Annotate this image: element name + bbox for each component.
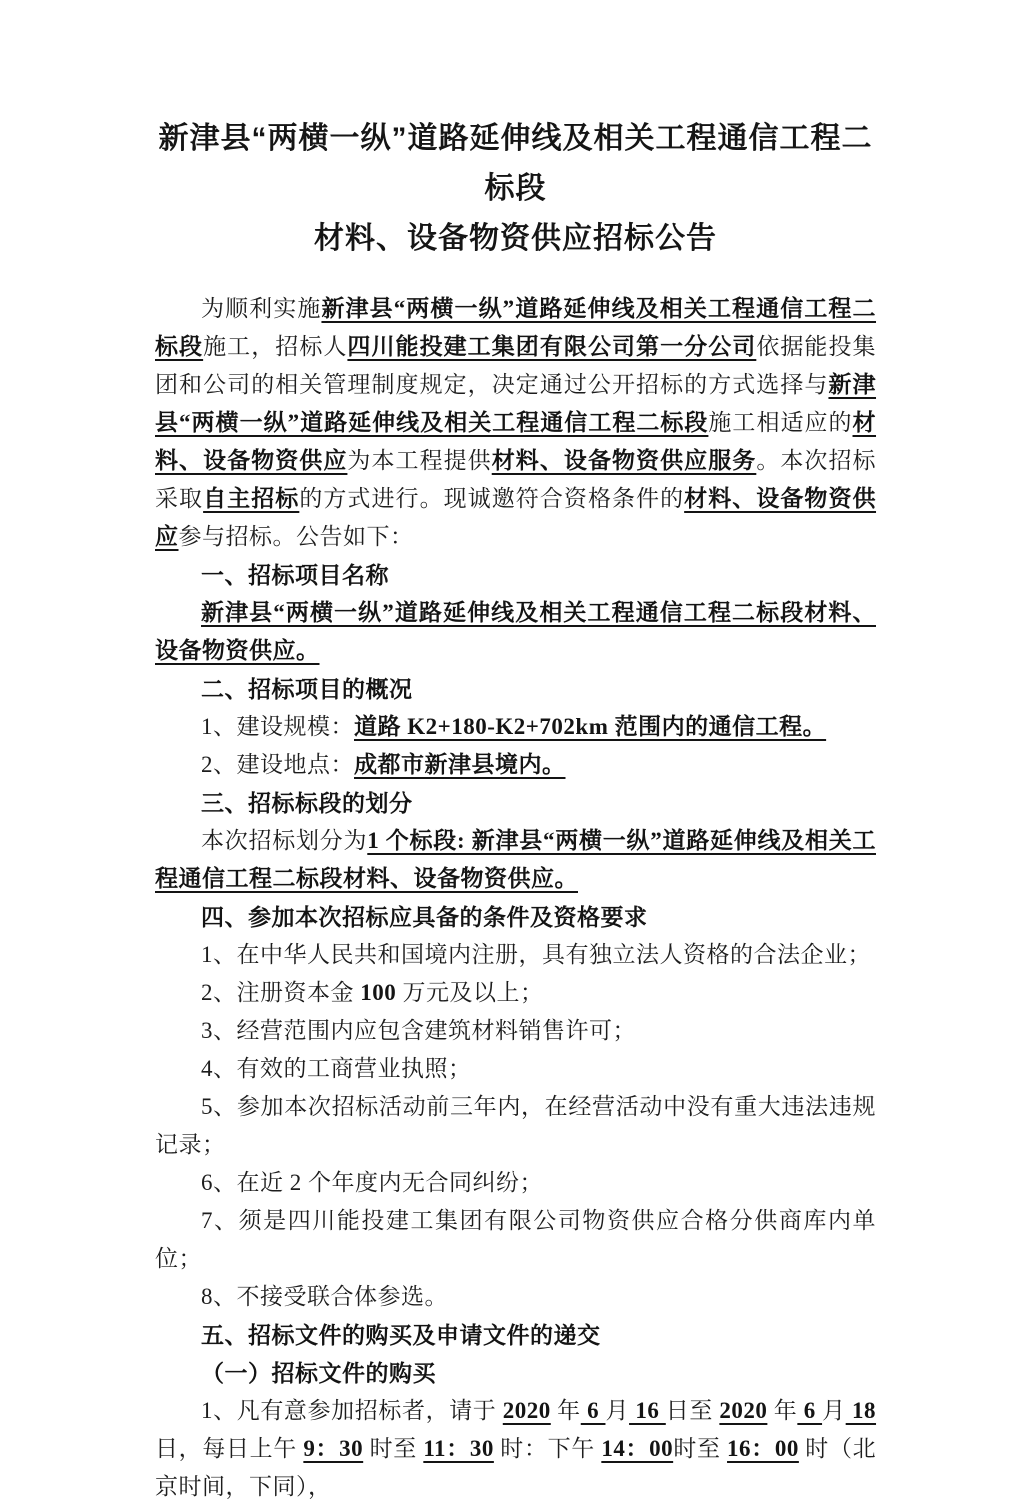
intro-paragraph: 为顺利实施新津县“两横一纵”道路延伸线及相关工程通信工程二标段施工，招标人四川能… [155,290,876,556]
text-run: 年 [551,1398,581,1423]
text-run: 时至 [673,1436,727,1461]
requirement-6: 6、在近 2 个年度内无合同纠纷； [155,1164,876,1202]
document-title-line-1: 新津县“两横一纵”道路延伸线及相关工程通信工程二标段 [159,122,873,205]
text-run: 月 [822,1398,846,1423]
text-run: 的方式进行。现诚邀符合资格条件的 [299,486,684,511]
text-run: 五、招标文件的购买及申请文件的递交 [201,1322,601,1348]
construction-scale-item: 1、建设规模：道路 K2+180-K2+702km 范围内的通信工程。 [155,708,876,746]
requirement-3: 3、经营范围内应包含建筑材料销售许可； [155,1012,876,1050]
emphasized-text: 9：30 [303,1436,363,1461]
text-run: 日至 [666,1398,720,1423]
emphasized-text: 14：00 [601,1436,673,1461]
emphasized-text: 2020 [719,1398,767,1423]
construction-location-item: 2、建设地点：成都市新津县境内。 [155,746,876,784]
purchase-schedule-paragraph: 1、凡有意参加招标者，请于 2020 年 6 月 16 日至 2020 年 6 … [155,1392,876,1506]
text-run: 1、建设规模： [201,714,354,739]
text-run: 1、在中华人民共和国境内注册，具有独立法人资格的合法企业； [201,942,871,967]
emphasized-text: 100 [360,980,396,1005]
text-run: 月 [605,1398,629,1423]
emphasized-text: 6 [581,1398,606,1423]
text-run: 参与招标。公告如下： [179,524,414,549]
text-run: 2、建设地点： [201,752,354,777]
requirement-7: 7、须是四川能投建工集团有限公司物资供应合格分供商库内单位； [155,1202,876,1278]
section-5-heading: 五、招标文件的购买及申请文件的递交 [155,1316,876,1354]
text-run: 二、招标项目的概况 [201,676,413,702]
emphasized-text: 新津县“两横一纵”道路延伸线及相关工程通信工程二标段材料、设备物资供应。 [155,600,876,663]
text-run: 年 [767,1398,797,1423]
document-title: 新津县“两横一纵”道路延伸线及相关工程通信工程二标段 材料、设备物资供应招标公告 [155,114,876,264]
text-run: 四、参加本次招标应具备的条件及资格要求 [201,904,648,930]
text-run: 施工，招标人 [203,334,347,359]
text-run: 为本工程提供 [347,448,491,473]
text-run: 日，每日上午 [155,1436,303,1461]
requirement-8: 8、不接受联合体参选。 [155,1278,876,1316]
emphasized-text: 6 [797,1398,822,1423]
text-run: 一、招标项目名称 [201,562,389,588]
section-1-heading: 一、招标项目名称 [155,556,876,594]
text-run: 时：下午 [494,1436,601,1461]
project-name-paragraph: 新津县“两横一纵”道路延伸线及相关工程通信工程二标段材料、设备物资供应。 [155,594,876,670]
text-run: 本次招标划分为 [201,828,367,853]
section-3-heading: 三、招标标段的划分 [155,784,876,822]
text-run: 3、经营范围内应包含建筑材料销售许可； [201,1018,636,1043]
requirement-5: 5、参加本次招标活动前三年内，在经营活动中没有重大违法违规记录； [155,1088,876,1164]
emphasized-text: 16：00 [727,1436,799,1461]
emphasized-text: 道路 K2+180-K2+702km 范围内的通信工程。 [354,714,826,739]
subsection-5-1-heading: （一）招标文件的购买 [155,1354,876,1392]
document-title-line-2: 材料、设备物资供应招标公告 [314,222,717,255]
text-run: 4、有效的工商营业执照； [201,1056,472,1081]
requirement-4: 4、有效的工商营业执照； [155,1050,876,1088]
bid-sections-paragraph: 本次招标划分为1 个标段: 新津县“两横一纵”道路延伸线及相关工程通信工程二标段… [155,822,876,898]
text-run: 6、在近 2 个年度内无合同纠纷； [201,1170,543,1195]
text-run: 万元及以上； [396,980,543,1005]
text-run: 8、不接受联合体参选。 [201,1284,448,1309]
text-run: 为顺利实施 [201,296,321,321]
text-run: 5、参加本次招标活动前三年内，在经营活动中没有重大违法违规记录； [155,1094,876,1157]
emphasized-text: 四川能投建工集团有限公司第一分公司 [347,334,756,359]
emphasized-text: 成都市新津县境内。 [354,752,566,777]
emphasized-text: 自主招标 [203,486,299,511]
text-run: 施工相适应的 [708,410,852,435]
requirement-2: 2、注册资本金 100 万元及以上； [155,974,876,1012]
section-2-heading: 二、招标项目的概况 [155,670,876,708]
emphasized-text: 11：30 [423,1436,494,1461]
requirement-1: 1、在中华人民共和国境内注册，具有独立法人资格的合法企业； [155,936,876,974]
text-run: 三、招标标段的划分 [201,790,413,816]
emphasized-text: 2020 [503,1398,551,1423]
text-run: 7、须是四川能投建工集团有限公司物资供应合格分供商库内单位； [155,1208,876,1271]
text-run: 2、注册资本金 [201,980,360,1005]
document-body: 为顺利实施新津县“两横一纵”道路延伸线及相关工程通信工程二标段施工，招标人四川能… [155,290,876,1506]
text-run: 时至 [363,1436,423,1461]
document-page: 新津县“两横一纵”道路延伸线及相关工程通信工程二标段 材料、设备物资供应招标公告… [0,0,1026,1448]
emphasized-text: 16 [629,1398,666,1423]
text-run: 1、凡有意参加招标者，请于 [201,1398,503,1423]
text-run: （一）招标文件的购买 [201,1360,436,1386]
emphasized-text: 材料、设备物资供应服务 [492,448,757,473]
section-4-heading: 四、参加本次招标应具备的条件及资格要求 [155,898,876,936]
emphasized-text: 18 [846,1398,876,1423]
